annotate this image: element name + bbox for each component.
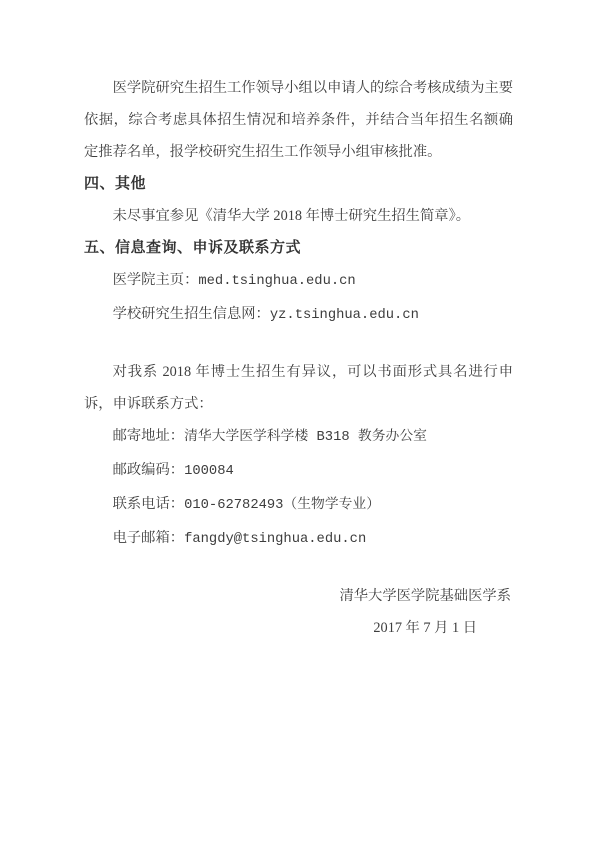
- contact-line-value: fangdy@tsinghua.edu.cn: [184, 532, 366, 547]
- contact-line: 医学院主页：med.tsinghua.edu.cn: [84, 264, 513, 298]
- contact-line-label: 医学院主页：: [113, 272, 199, 288]
- contact-line-value: 清华大学医学科学楼 B318 教务办公室: [184, 430, 427, 445]
- contact-line-label: 邮寄地址：: [113, 428, 184, 444]
- document-page: 医学院研究生招生工作领导小组以申请人的综合考核成绩为主要依据，综合考虑具体招生情…: [0, 0, 600, 849]
- intro-paragraph-line: 依据，综合考虑具体招生情况和培养条件，并结合当年招生名额确: [84, 104, 513, 136]
- section-heading-contact: 五、信息查询、申诉及联系方式: [84, 232, 513, 264]
- contact-line-label: 电子邮箱：: [113, 530, 184, 546]
- signature-inner: 清华大学医学院基础医学系 2017 年 7 月 1 日: [339, 580, 511, 644]
- contact-line: 电子邮箱：fangdy@tsinghua.edu.cn: [84, 522, 513, 556]
- contact-line-value: med.tsinghua.edu.cn: [198, 274, 355, 289]
- section-other-body: 未尽事宜参见《清华大学 2018 年博士研究生招生简章》。: [84, 200, 513, 232]
- contact-line-value: 010-62782493（生物学专业）: [184, 498, 380, 513]
- signature-date: 2017 年 7 月 1 日: [339, 612, 511, 644]
- contact-line: 联系电话：010-62782493（生物学专业）: [84, 488, 513, 522]
- appeal-paragraph-line: 诉，申诉联系方式：: [84, 388, 513, 420]
- signature-organization: 清华大学医学院基础医学系: [339, 580, 511, 612]
- appeal-paragraph-line: 对我系 2018 年博士生招生有异议，可以书面形式具名进行申: [84, 356, 513, 388]
- section-heading-other: 四、其他: [84, 168, 513, 200]
- contact-line-label: 联系电话：: [113, 496, 184, 512]
- contact-line-label: 学校研究生招生信息网：: [113, 306, 270, 322]
- contact-links: 医学院主页：med.tsinghua.edu.cn 学校研究生招生信息网：yz.…: [84, 264, 513, 332]
- contact-line-value: 100084: [184, 464, 234, 479]
- contact-line: 邮寄地址：清华大学医学科学楼 B318 教务办公室: [84, 420, 513, 454]
- intro-paragraph-line: 定推荐名单，报学校研究生招生工作领导小组审核批准。: [84, 136, 513, 168]
- intro-paragraph: 医学院研究生招生工作领导小组以申请人的综合考核成绩为主要依据，综合考虑具体招生情…: [84, 72, 513, 168]
- intro-paragraph-line: 医学院研究生招生工作领导小组以申请人的综合考核成绩为主要: [84, 72, 513, 104]
- contact-line: 学校研究生招生信息网：yz.tsinghua.edu.cn: [84, 298, 513, 332]
- contact-fields: 邮寄地址：清华大学医学科学楼 B318 教务办公室 邮政编码：100084 联系…: [84, 420, 513, 556]
- contact-line-label: 邮政编码：: [113, 462, 184, 478]
- contact-line-value: yz.tsinghua.edu.cn: [270, 308, 419, 323]
- signature-block: 清华大学医学院基础医学系 2017 年 7 月 1 日: [84, 580, 513, 644]
- appeal-paragraph: 对我系 2018 年博士生招生有异议，可以书面形式具名进行申诉，申诉联系方式：: [84, 356, 513, 420]
- contact-line: 邮政编码：100084: [84, 454, 513, 488]
